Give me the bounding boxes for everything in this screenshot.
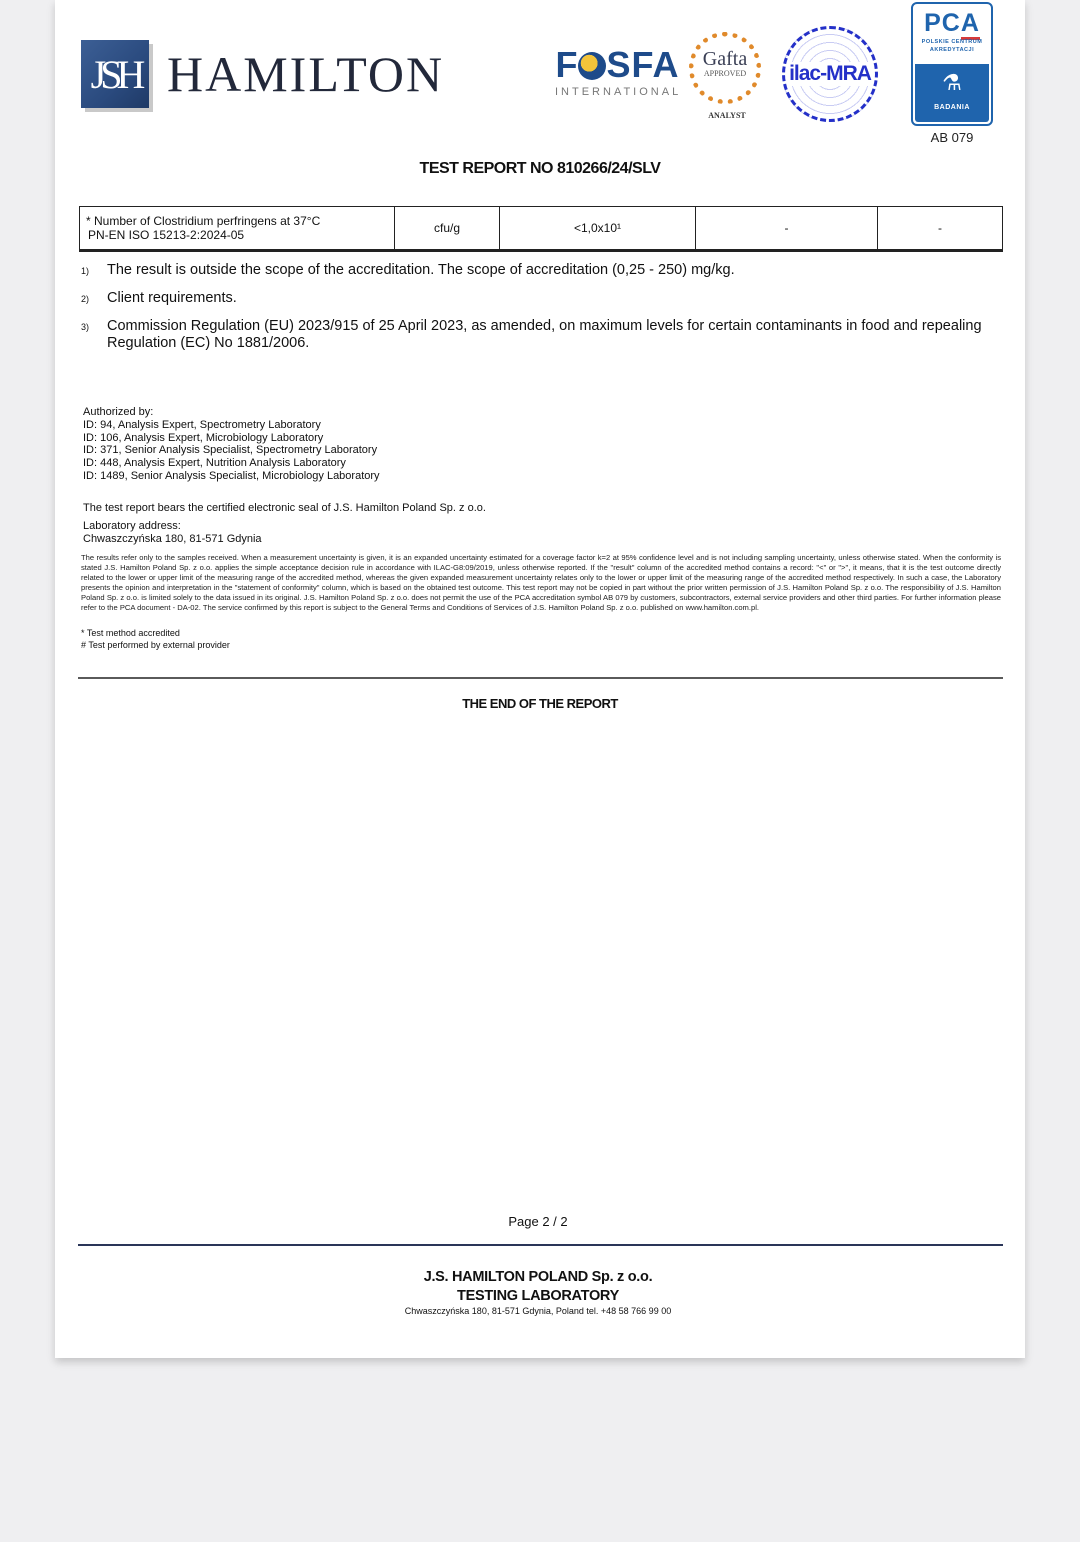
company-division: TESTING LABORATORY — [55, 1287, 1021, 1306]
pca-badge: BADANIA — [915, 104, 989, 111]
unit-cell: cfu/g — [395, 207, 500, 251]
document-page: JSH HAMILTON FSFA INTERNATIONAL Gafta AP… — [55, 0, 1025, 1358]
footnote: 1) The result is outside the scope of th… — [81, 262, 1001, 280]
lab-address-value: Chwaszczyńska 180, 81-571 Gdynia — [83, 533, 262, 546]
footnote-number: 2) — [81, 290, 107, 308]
gafta-logo: Gafta APPROVED — [689, 32, 761, 104]
accreditation-code: AB 079 — [911, 130, 993, 145]
footer-divider — [78, 1244, 1003, 1246]
authorized-entry: ID: 448, Analysis Expert, Nutrition Anal… — [83, 457, 380, 470]
footnote-text: Commission Regulation (EU) 2023/915 of 2… — [107, 318, 1001, 352]
footnote-text: The result is outside the scope of the a… — [107, 262, 735, 280]
flask-icon: ⚗ — [915, 70, 989, 96]
limit-cell: - — [696, 207, 878, 251]
result-cell: <1,0x10¹ — [500, 207, 696, 251]
gafta-main: Gafta — [694, 49, 756, 69]
legend: * Test method accredited # Test performe… — [81, 628, 230, 651]
laboratory-address: Laboratory address: Chwaszczyńska 180, 8… — [83, 520, 262, 546]
fosfa-main: FSFA — [555, 46, 680, 84]
page-number: Page 2 / 2 — [55, 1214, 1021, 1229]
ilac-mra-logo: ilac-MRA — [782, 26, 878, 122]
pca-logo: PCA POLSKIE CENTRUM AKREDYTACJI ⚗ BADANI… — [911, 2, 993, 126]
legend-accredited: * Test method accredited — [81, 628, 230, 640]
authorized-label: Authorized by: — [83, 406, 380, 419]
footnote: 2) Client requirements. — [81, 290, 1001, 308]
ilac-text: ilac-MRA — [787, 62, 873, 86]
gafta-sub: APPROVED — [694, 69, 756, 78]
legend-external: # Test performed by external provider — [81, 640, 230, 652]
divider — [78, 677, 1003, 679]
end-of-report: THE END OF THE REPORT — [55, 696, 1025, 711]
fosfa-sub: INTERNATIONAL — [555, 86, 680, 98]
footnotes: 1) The result is outside the scope of th… — [81, 262, 1001, 362]
seal-statement: The test report bears the certified elec… — [83, 502, 486, 514]
authorized-entry: ID: 106, Analysis Expert, Microbiology L… — [83, 432, 380, 445]
footnote: 3) Commission Regulation (EU) 2023/915 o… — [81, 318, 1001, 352]
footnote-number: 3) — [81, 318, 107, 352]
disclaimer: The results refer only to the samples re… — [81, 553, 1001, 613]
pca-line2: AKREDYTACJI — [913, 46, 991, 54]
footnote-number: 1) — [81, 262, 107, 280]
brand-name: HAMILTON — [167, 44, 444, 104]
footnote-text: Client requirements. — [107, 290, 237, 308]
parameter-name: * Number of Clostridium perfringens at 3… — [86, 214, 388, 228]
lab-address-label: Laboratory address: — [83, 520, 262, 533]
pca-line1: POLSKIE CENTRUM — [913, 38, 991, 46]
globe-icon — [578, 52, 606, 80]
authorized-entry: ID: 1489, Senior Analysis Specialist, Mi… — [83, 470, 380, 483]
fosfa-logo: FSFA INTERNATIONAL — [555, 46, 680, 98]
jsh-logo-icon: JSH — [81, 40, 149, 108]
gafta-analyst: ANALYST — [695, 111, 759, 120]
parameter-method: PN-EN ISO 15213-2:2024-05 — [86, 228, 388, 242]
authorized-entry: ID: 94, Analysis Expert, Spectrometry La… — [83, 419, 380, 432]
conformity-cell: - — [878, 207, 1003, 251]
company-name: J.S. HAMILTON POLAND Sp. z o.o. — [55, 1268, 1021, 1287]
logo-monogram: JSH — [91, 51, 140, 98]
footer-company: J.S. HAMILTON POLAND Sp. z o.o. TESTING … — [55, 1268, 1021, 1306]
pca-title: PCA — [913, 8, 991, 38]
authorized-block: Authorized by: ID: 94, Analysis Expert, … — [83, 406, 380, 483]
report-title: TEST REPORT NO 810266/24/SLV — [55, 160, 1025, 178]
results-table: * Number of Clostridium perfringens at 3… — [79, 206, 1003, 252]
footer-address: Chwaszczyńska 180, 81-571 Gdynia, Poland… — [55, 1306, 1021, 1316]
table-row: * Number of Clostridium perfringens at 3… — [80, 207, 1003, 251]
parameter-cell: * Number of Clostridium perfringens at 3… — [80, 207, 395, 251]
authorized-entry: ID: 371, Senior Analysis Specialist, Spe… — [83, 444, 380, 457]
